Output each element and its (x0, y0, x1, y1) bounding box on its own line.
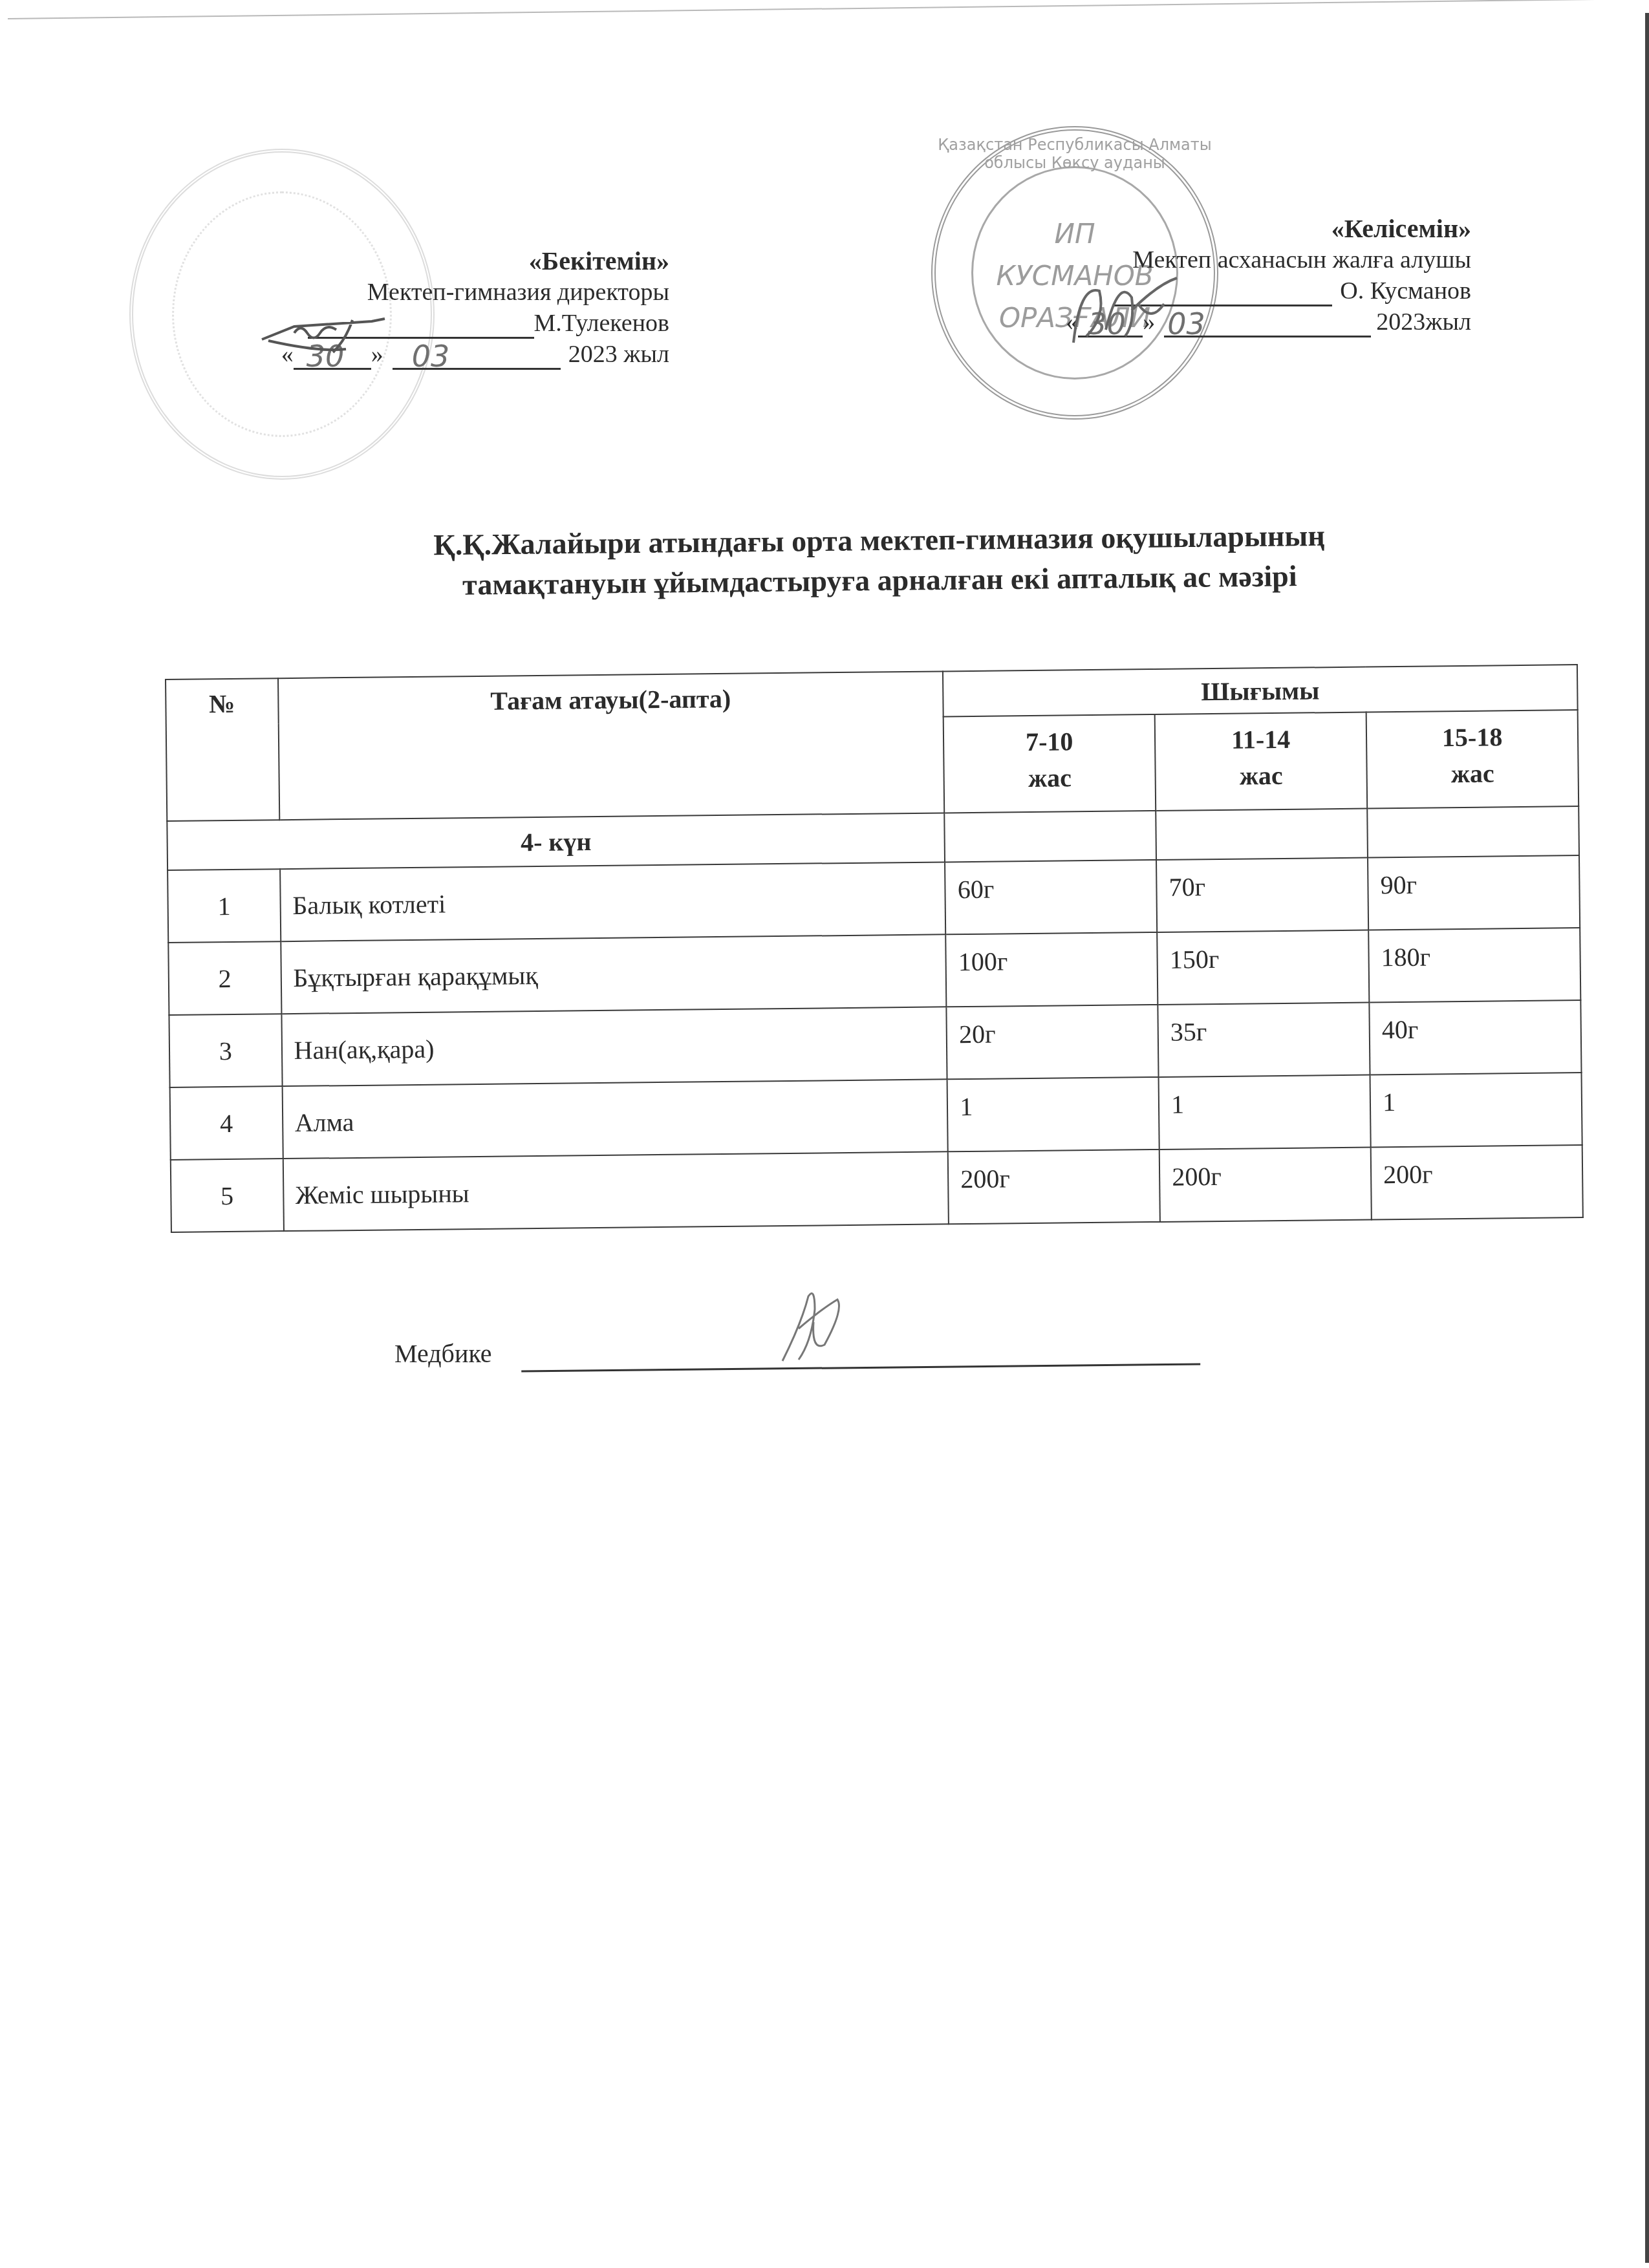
approval-title: «Келісемін» (973, 213, 1471, 244)
portion-value: 70г (1156, 858, 1368, 932)
date-day-handwritten: 30 (1088, 308, 1126, 339)
approval-position: Мектеп-гимназия директоры (242, 277, 669, 308)
approver-name: О. Кусманов (1340, 275, 1471, 306)
portion-value: 200г (1371, 1145, 1583, 1219)
dish-name: Алма (282, 1079, 948, 1159)
signature-line (308, 311, 534, 339)
portion-value: 1 (947, 1077, 1159, 1151)
nurse-signature-block: Медбике (394, 1338, 1200, 1369)
portion-value: 200г (1159, 1148, 1372, 1222)
dish-name: Бұқтырған қарақұмық (281, 934, 947, 1014)
scan-edge-line (8, 0, 1637, 19)
stamp-ring-text: Қазақстан Республикасы Алматы облысы Көк… (936, 136, 1214, 172)
portion-value: 40г (1369, 1000, 1581, 1075)
approval-block-director: «Бекітемін» Мектеп-гимназия директоры М.… (242, 246, 669, 370)
header-output: Шығымы (943, 665, 1577, 716)
date-month-handwritten: 03 (412, 341, 450, 372)
portion-value: 180г (1368, 928, 1580, 1002)
dish-name: Балық котлеті (280, 862, 946, 941)
row-number: 1 (167, 869, 281, 943)
date-day-field: 30 (1078, 310, 1143, 337)
approval-year: 2023жыл (1376, 306, 1471, 337)
portion-value: 200г (948, 1150, 1160, 1224)
approval-block-tenant: «Келісемін» Мектеп асханасын жалға алушы… (973, 213, 1471, 337)
approver-name: М.Тулекенов (534, 308, 669, 339)
date-month-field: 03 (393, 342, 561, 370)
approval-title: «Бекітемін» (242, 246, 669, 277)
date-day-field: 30 (294, 342, 371, 370)
scan-right-edge (1645, 13, 1649, 2263)
date-month-handwritten: 03 (1167, 308, 1205, 339)
row-number: 4 (170, 1086, 283, 1160)
portion-value: 100г (945, 932, 1158, 1007)
header-age-15-18: 15-18жас (1366, 710, 1579, 808)
table-row: 5Жеміс шырыны200г200г200г (171, 1145, 1583, 1232)
approval-year: 2023 жыл (568, 339, 669, 370)
portion-value: 150г (1157, 930, 1369, 1005)
portion-value: 90г (1368, 855, 1580, 930)
row-number: 2 (168, 941, 281, 1015)
nurse-signature-line (521, 1335, 1200, 1373)
dish-name: Жеміс шырыны (283, 1151, 949, 1231)
nurse-label: Медбике (394, 1338, 492, 1369)
document-title: Қ.Қ.Жалайыри атындағы орта мектеп-гимназ… (277, 514, 1481, 606)
row-number: 3 (169, 1014, 282, 1087)
portion-value: 20г (947, 1005, 1159, 1079)
header-age-7-10: 7-10жас (943, 714, 1156, 813)
signature-line (1112, 279, 1332, 306)
menu-table: № Тағам атауы(2-апта) Шығымы 7-10жас 11-… (165, 664, 1584, 1233)
header-age-11-14: 11-14жас (1155, 712, 1367, 811)
portion-value: 60г (945, 860, 1157, 934)
date-day-handwritten: 30 (307, 341, 345, 372)
row-number: 5 (171, 1159, 284, 1232)
date-month-field: 03 (1164, 310, 1371, 337)
portion-value: 1 (1370, 1073, 1582, 1147)
header-dish-name: Тағам атауы(2-апта) (278, 671, 945, 820)
approval-position: Мектеп асханасын жалға алушы (973, 244, 1471, 275)
portion-value: 35г (1158, 1003, 1370, 1077)
day-label: 4- күн (167, 813, 945, 870)
dish-name: Нан(ақ,қара) (281, 1007, 947, 1086)
portion-value: 1 (1159, 1075, 1371, 1150)
header-number: № (166, 678, 279, 821)
